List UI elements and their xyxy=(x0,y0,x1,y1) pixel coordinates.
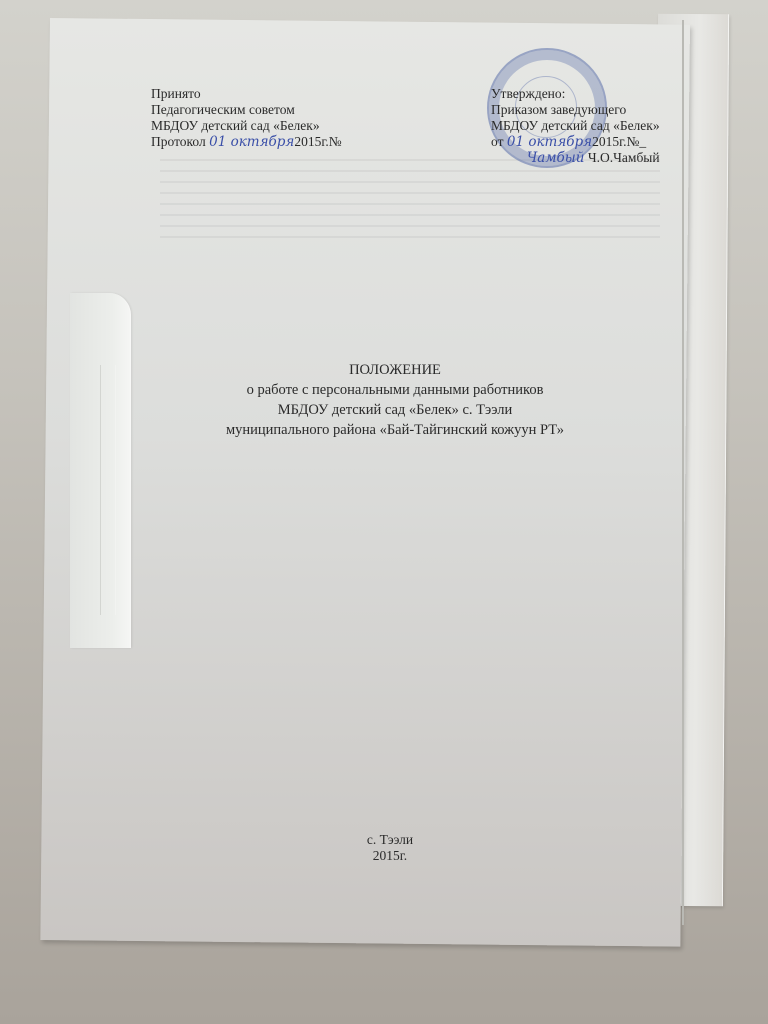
approved-date-handwritten: 01 октября xyxy=(507,134,592,150)
approved-label: Утверждено: xyxy=(491,86,660,102)
document-subtitle-3: муниципального района «Бай-Тайгинский ко… xyxy=(200,420,590,440)
approved-block: Утверждено: Приказом заведующего МБДОУ д… xyxy=(491,86,660,166)
document-subtitle-1: о работе с персональными данными работни… xyxy=(200,380,590,400)
signer-name: Ч.О.Чамбый xyxy=(588,150,660,165)
approved-date: от 01 октября2015г.№_ xyxy=(491,134,660,150)
footer-year: 2015г. xyxy=(330,848,450,864)
approved-order: Приказом заведующего xyxy=(491,102,660,118)
accepted-council: Педагогическим советом xyxy=(151,102,342,118)
document-footer: с. Тээли 2015г. xyxy=(330,832,450,864)
accepted-protocol: Протокол 01 октября2015г.№ xyxy=(151,134,342,150)
page-edge xyxy=(682,20,684,925)
protocol-date-handwritten: 01 октября xyxy=(209,134,294,150)
accepted-block: Принято Педагогическим советом МБДОУ дет… xyxy=(151,86,342,150)
footer-place: с. Тээли xyxy=(330,832,450,848)
accepted-label: Принято xyxy=(151,86,342,102)
document-title-block: ПОЛОЖЕНИЕ о работе с персональными данны… xyxy=(200,360,590,440)
document-heading: ПОЛОЖЕНИЕ xyxy=(200,360,590,380)
document-subtitle-2: МБДОУ детский сад «Белек» с. Тээли xyxy=(200,400,590,420)
approved-signature-line: Чамбый Ч.О.Чамбый xyxy=(491,150,660,166)
accepted-org: МБДОУ детский сад «Белек» xyxy=(151,118,342,134)
signature-handwritten: Чамбый xyxy=(527,150,585,166)
folder-flap-slot xyxy=(100,365,116,615)
approved-org: МБДОУ детский сад «Белек» xyxy=(491,118,660,134)
